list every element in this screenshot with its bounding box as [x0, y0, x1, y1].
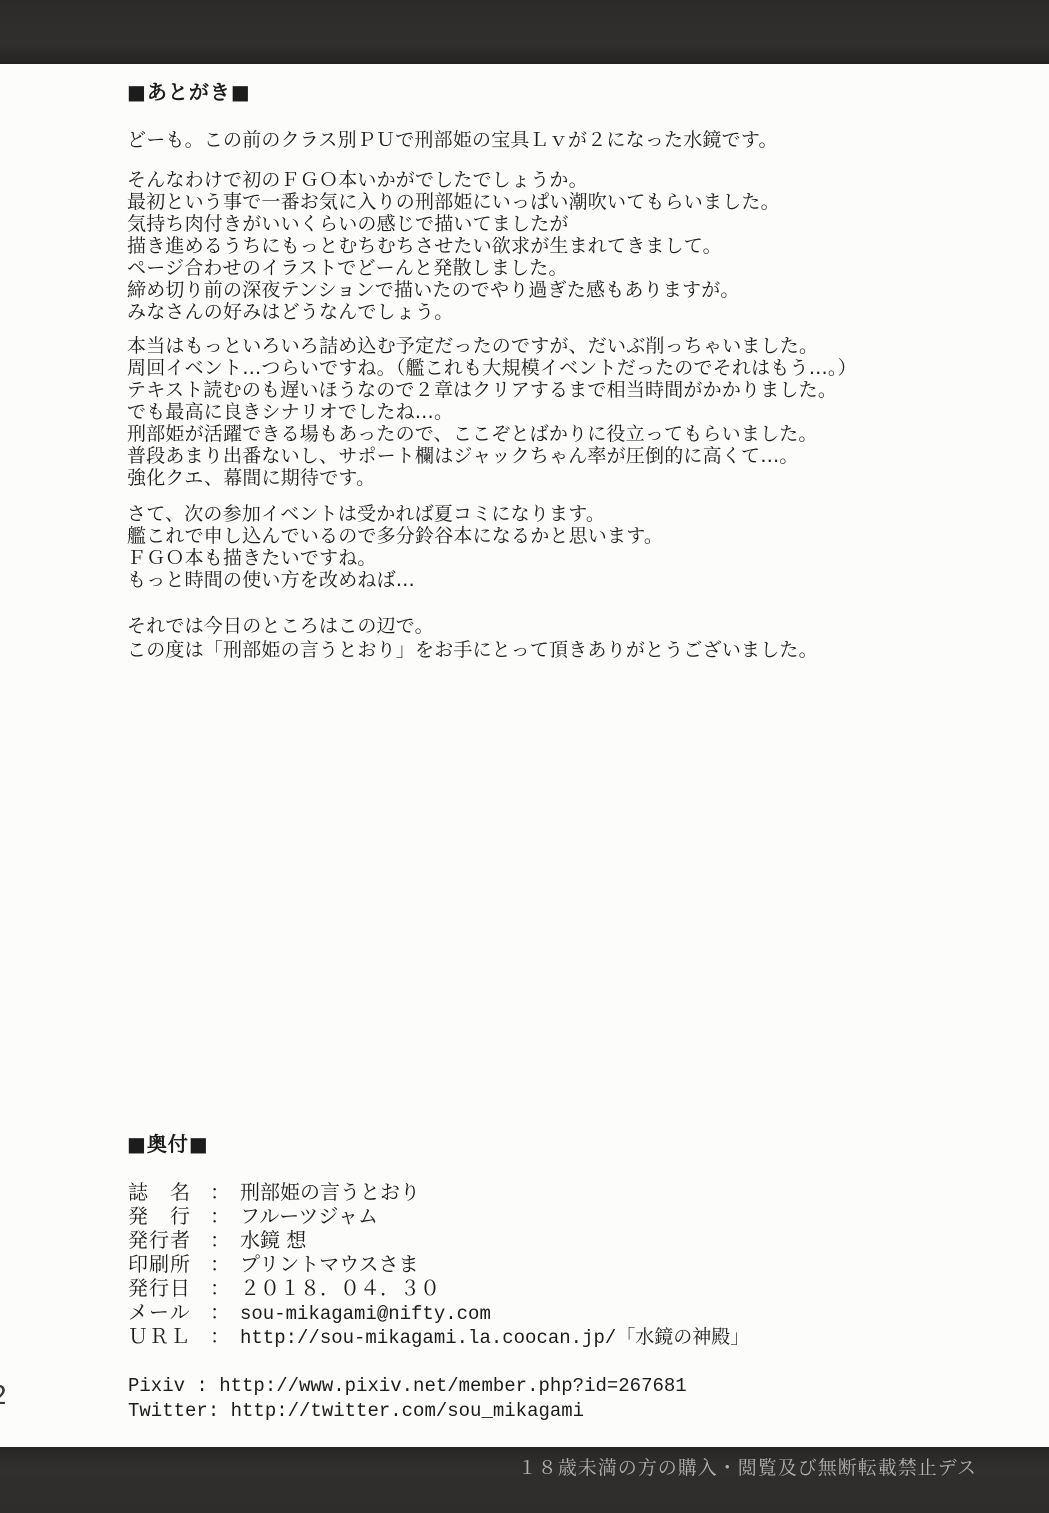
colophon-value: フルーツジャム: [240, 1204, 378, 1228]
colophon-label: メール: [128, 1300, 206, 1324]
pixiv-url-line: Pixiv : http://www.pixiv.net/member.php?…: [128, 1374, 687, 1399]
colophon-colon: ：: [210, 1228, 230, 1252]
colophon-label: 誌 名: [128, 1180, 206, 1204]
twitter-url-line: Twitter: http://twitter.com/sou_mikagami: [128, 1399, 687, 1424]
afterword-paragraph: さて、次の参加イベントは受かれば夏コミになります。 艦これで申し込んでいるので多…: [127, 503, 1009, 591]
afterword-paragraph: そんなわけで初のＦＧＯ本いかがでしたでしょうか。 最初という事で一番お気に入りの…: [127, 169, 1009, 323]
colophon-value: 水鏡 想: [240, 1228, 306, 1252]
colophon-colon: ：: [210, 1300, 230, 1324]
afterword-paragraph: どーも。この前のクラス別ＰＵで刑部姫の宝具Ｌｖが２になった水鏡です。: [127, 129, 1009, 151]
colophon-colon: ：: [210, 1204, 230, 1228]
colophon-colon: ：: [210, 1324, 230, 1348]
colophon-label: 印刷所: [128, 1252, 206, 1276]
age-restriction-notice: １８歳未満の方の購入・閲覧及び無断転載禁止デス: [518, 1453, 977, 1480]
colophon-row-date: 発行日：２０１８．０４．３０: [128, 1276, 749, 1300]
colophon-colon: ：: [210, 1180, 230, 1204]
colophon-colon: ：: [210, 1276, 230, 1300]
colophon-row-url: ＵＲＬ：http://sou-mikagami.la.coocan.jp/「水鏡…: [128, 1324, 749, 1348]
colophon-value: プリントマウスさま: [240, 1252, 419, 1276]
scanned-page: ■あとがき■ どーも。この前のクラス別ＰＵで刑部姫の宝具Ｌｖが２になった水鏡です…: [0, 0, 1049, 1513]
colophon-heading: ■奥付■: [127, 1128, 209, 1157]
colophon-row-title: 誌 名：刑部姫の言うとおり: [128, 1180, 749, 1204]
colophon-label: 発 行: [128, 1204, 206, 1228]
page-number: 2: [0, 1381, 8, 1411]
colophon-url-value: http://sou-mikagami.la.coocan.jp/: [240, 1327, 616, 1349]
top-black-bar: [0, 0, 1049, 64]
colophon-value: ２０１８．０４．３０: [240, 1276, 440, 1300]
colophon-label: 発行者: [128, 1228, 206, 1252]
bottom-black-bar: １８歳未満の方の購入・閲覧及び無断転載禁止デス: [0, 1447, 1049, 1513]
social-links-list: Pixiv : http://www.pixiv.net/member.php?…: [128, 1374, 687, 1424]
colophon-value: 刑部姫の言うとおり: [240, 1180, 420, 1204]
colophon-url-suffix: 「水鏡の神殿」: [616, 1326, 749, 1348]
afterword-paragraph: それでは今日のところはこの辺で。 この度は「刑部姫の言うとおり」をお手にとって頂…: [127, 614, 1009, 662]
colophon-list: 誌 名：刑部姫の言うとおり 発 行：フルーツジャム 発行者：水鏡 想 印刷所：プ…: [128, 1180, 749, 1348]
colophon-row-printer: 印刷所：プリントマウスさま: [128, 1252, 749, 1276]
afterword-paragraph: 本当はもっといろいろ詰め込む予定だったのですが、だいぶ削っちゃいました。 周回イ…: [127, 335, 1009, 489]
colophon-label: 発行日: [128, 1276, 206, 1300]
colophon-row-publisher: 発 行：フルーツジャム: [128, 1204, 749, 1228]
colophon-colon: ：: [210, 1252, 230, 1276]
afterword-heading: ■あとがき■: [127, 76, 251, 105]
colophon-label: ＵＲＬ: [128, 1324, 206, 1348]
colophon-email-value: sou-mikagami@nifty.com: [240, 1303, 491, 1325]
colophon-row-email: メール：sou-mikagami@nifty.com: [128, 1300, 749, 1324]
colophon-row-author: 発行者：水鏡 想: [128, 1228, 749, 1252]
